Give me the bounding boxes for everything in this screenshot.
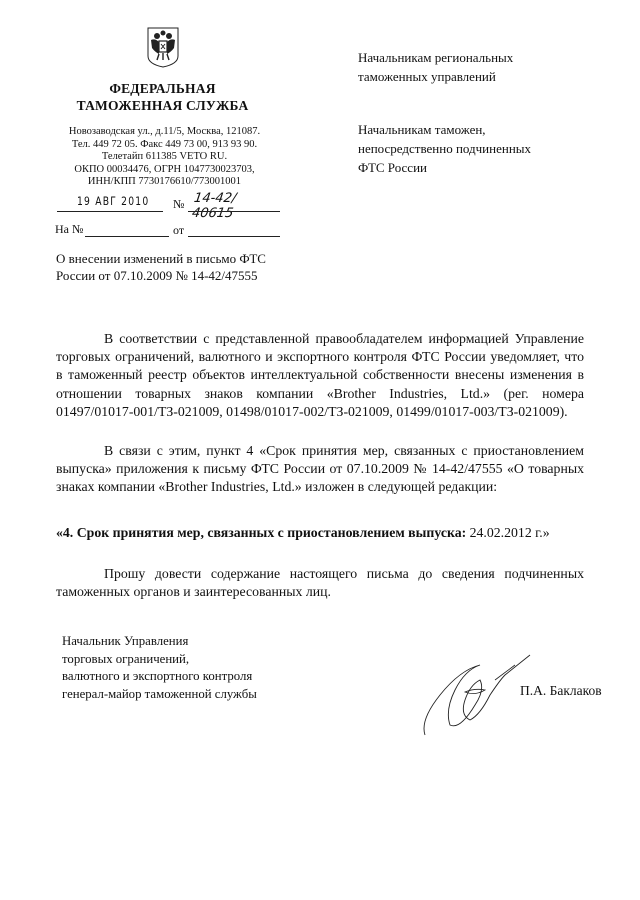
reference-number-blank bbox=[85, 236, 169, 237]
subject-line1: О внесении изменений в письмо ФТС bbox=[56, 250, 296, 267]
coat-of-arms-emblem bbox=[146, 26, 180, 68]
recipient-group-customs: Начальникам таможен, непосредственно под… bbox=[358, 120, 531, 177]
signatory-name: П.А. Баклаков bbox=[520, 683, 602, 699]
signatory-title-line: генерал-майор таможенной службы bbox=[62, 686, 322, 704]
body-paragraph-3: Прошу довести содержание настоящего пись… bbox=[56, 565, 584, 601]
amended-clause: «4. Срок принятия мер, связанных с приос… bbox=[56, 525, 596, 541]
letter-subject: О внесении изменений в письмо ФТС России… bbox=[56, 250, 296, 284]
recipient-group-regional: Начальникам региональных таможенных упра… bbox=[358, 48, 513, 86]
okpo-line: ОКПО 00034476, ОГРН 1047730023703, bbox=[52, 164, 277, 177]
body-paragraph-2: В связи с этим, пункт 4 «Срок принятия м… bbox=[56, 442, 584, 497]
phone-line: Тел. 449 72 05. Факс 449 73 00, 913 93 9… bbox=[52, 139, 277, 152]
subject-line2: России от 07.10.2009 № 14-42/47555 bbox=[56, 267, 296, 284]
reference-date-blank bbox=[188, 236, 280, 237]
date-underline bbox=[57, 211, 163, 212]
teletype-line: Телетайп 611385 VETO RU. bbox=[52, 151, 277, 164]
recipient-line: таможенных управлений bbox=[358, 67, 513, 86]
recipient-line: Начальникам таможен, bbox=[358, 120, 531, 139]
organization-name: ФЕДЕРАЛЬНАЯ ТАМОЖЕННАЯ СЛУЖБА bbox=[55, 80, 270, 114]
signatory-title-line: Начальник Управления bbox=[62, 633, 322, 651]
address-block: Новозаводская ул., д.11/5, Москва, 12108… bbox=[52, 126, 277, 189]
signatory-title-line: торговых ограничений, bbox=[62, 651, 322, 669]
amended-clause-title: «4. Срок принятия мер, связанных с приос… bbox=[56, 525, 466, 540]
org-name-line2: ТАМОЖЕННАЯ СЛУЖБА bbox=[55, 97, 270, 114]
inn-line: ИНН/КПП 7730176610/773001001 bbox=[52, 176, 277, 189]
recipient-line: ФТС России bbox=[358, 158, 531, 177]
signatory-title: Начальник Управления торговых ограничени… bbox=[62, 633, 322, 703]
number-underline bbox=[188, 211, 280, 212]
reference-number-label: На № bbox=[55, 222, 83, 237]
amended-clause-date: 24.02.2012 г.» bbox=[466, 525, 549, 540]
date-number-row: 19 АВГ 2010 № 14-42/ 40615 bbox=[55, 191, 280, 213]
address-line: Новозаводская ул., д.11/5, Москва, 12108… bbox=[52, 126, 277, 139]
reference-from-label: от bbox=[173, 223, 184, 238]
signatory-title-line: валютного и экспортного контроля bbox=[62, 668, 322, 686]
body-paragraph-1: В соответствии с представленной правообл… bbox=[56, 330, 584, 421]
number-sign: № bbox=[173, 197, 184, 212]
recipient-line: Начальникам региональных bbox=[358, 48, 513, 67]
letter-number-handwritten: 14-42/ 40615 bbox=[191, 191, 282, 221]
org-name-line1: ФЕДЕРАЛЬНАЯ bbox=[55, 80, 270, 97]
recipient-line: непосредственно подчиненных bbox=[358, 139, 531, 158]
reference-row: На № от bbox=[55, 220, 280, 240]
letter-date-stamp: 19 АВГ 2010 bbox=[77, 194, 149, 208]
